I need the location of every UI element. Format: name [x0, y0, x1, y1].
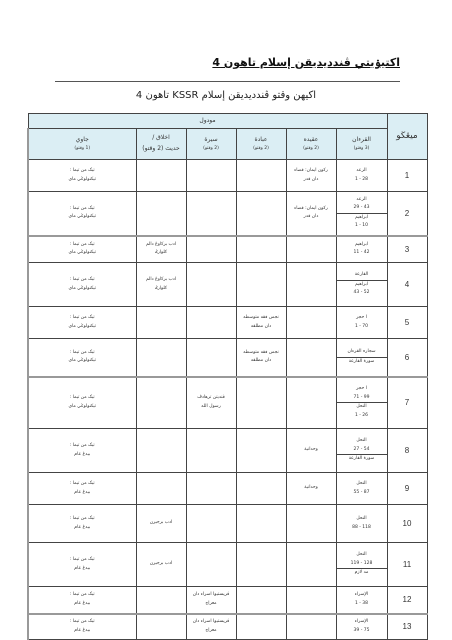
table-row: 1الرعد1 - 28رکون ايمان: قضاءدان قدرتيک م…: [28, 160, 427, 192]
column-hours: (2 وقتو): [187, 145, 236, 153]
sirah-cell: ڤريستيوا اسراء دانمعراج: [186, 614, 236, 640]
jawi-topic: تيک من تيما :: [70, 350, 95, 355]
sirah-topic: ڤنديتن ترهادڤ: [197, 395, 225, 400]
table-row: 7ا حجر71 - 99النحل1 - 26ڤنديتن ترهادڤرسو…: [28, 377, 427, 429]
akhlak-cell: [136, 587, 186, 614]
column-title: اخلاق /: [152, 134, 170, 141]
header-column: اخلاق /حديث (2 وقتو): [136, 129, 186, 160]
ibadah-cell: [236, 263, 286, 307]
ibadah-cell: [236, 160, 286, 192]
week-number: 7: [387, 377, 427, 429]
aqidah-cell: [286, 614, 336, 640]
aqidah-topic: وحدانية: [304, 485, 318, 490]
schedule-table: ميڠڬو مودول القرءان(3 وقتو)عقيده(2 وقتو)…: [27, 113, 428, 640]
header-column: القرءان(3 وقتو): [336, 129, 387, 160]
akhlak-cell: [136, 614, 186, 640]
page-header: اکتيۏيتي ڤندديديقن إسلام تاهون 4: [212, 56, 400, 69]
ibadah-cell: [236, 505, 286, 543]
week-number: 8: [387, 429, 427, 473]
column-hours: (2 وقتو): [237, 145, 286, 153]
jawi-cell: تيک من تيما :تيکنولوݢي ماي: [28, 192, 136, 236]
aqidah-cell: [286, 236, 336, 263]
surah-name: النحل: [356, 404, 366, 409]
jawi-topic: تيک من تيما :: [70, 592, 95, 597]
ibadah-cell: [236, 614, 286, 640]
jawi-topic: تيک من تيما :: [70, 481, 95, 486]
week-number: 11: [387, 543, 427, 587]
quran-cell: ا حجر1 - 70: [336, 307, 387, 339]
aqidah-cell: وحدانية: [286, 473, 336, 505]
quran-part: النحل119 - 128: [337, 551, 387, 568]
ayat-range: 29 - 43: [354, 205, 370, 210]
akhlak-topic: ادب برجيرن: [150, 520, 173, 525]
sirah-cell: ڤنديتن ترهادڤرسول الله: [186, 377, 236, 429]
surah-name: ابراهيم: [355, 282, 368, 287]
ayat-range: 71 - 99: [354, 395, 370, 400]
sirah-topic: رسول الله: [201, 404, 221, 409]
sirah-cell: [186, 473, 236, 505]
ibadah-topic: دان مطلقه: [251, 324, 271, 329]
jawi-topic: تيک من تيما :: [70, 395, 95, 400]
jawi-cell: تيک من تيما :تيکنولوݢي ماي: [28, 263, 136, 307]
ayat-range: 39 - 75: [354, 628, 370, 633]
ayat-range: 1 - 38: [355, 601, 368, 606]
akhlak-cell: ادب برکاوڠ دالمکلوارݢ: [136, 236, 186, 263]
jawi-topic: بيدڠ عام: [74, 452, 90, 457]
jawi-topic: تيکنولوݢي ماي: [68, 214, 96, 219]
table-row: 2الرعد29 - 43ابراهيم1 - 10رکون ايمان: قض…: [28, 192, 427, 236]
quran-part: النحل1 - 26: [337, 402, 387, 420]
quran-cell: النحل119 - 128مد لازم: [336, 543, 387, 587]
sirah-topic: معراج: [205, 628, 216, 633]
header-week: ميڠڬو: [387, 114, 427, 160]
jawi-topic: تيک من تيما :: [70, 557, 95, 562]
surah-name: النحل: [356, 516, 366, 521]
aqidah-topic: رکون ايمان: قضاء: [294, 168, 328, 173]
week-number: 4: [387, 263, 427, 307]
surah-name: ابراهيم: [355, 242, 368, 247]
column-hours: (2 وقتو): [287, 145, 336, 153]
ibadah-topic: نجس فقه متوسطه: [243, 350, 279, 355]
jawi-topic: بيدڠ عام: [74, 628, 90, 633]
jawi-cell: تيک من تيما :تيکنولوݢي ماي: [28, 339, 136, 377]
jawi-topic: تيک من تيما :: [70, 443, 95, 448]
table-row: 10النحل88 - 118ادب برجيرنتيک من تيما :بي…: [28, 505, 427, 543]
surah-name: سجاره القرءان: [347, 349, 375, 354]
table-row: 8النحل27 - 54سورة القارعةوحدانيةتيک من ت…: [28, 429, 427, 473]
jawi-topic: تيک من تيما :: [70, 516, 95, 521]
column-hours: (3 وقتو): [337, 145, 387, 153]
sirah-cell: [186, 263, 236, 307]
column-hours: (1 وقتو): [29, 145, 136, 153]
document-subtitle: اکيهن وقتو ڤندديديقن إسلام KSSR تاهون 4: [0, 90, 452, 101]
jawi-topic: بيدڠ عام: [74, 566, 90, 571]
jawi-cell: تيک من تيما :تيکنولوݢي ماي: [28, 307, 136, 339]
jawi-topic: تيکنولوݢي ماي: [68, 324, 96, 329]
header-column: جاوي(1 وقتو): [28, 129, 136, 160]
quran-cell: سجاره القرءانسورة القارعة: [336, 339, 387, 377]
sirah-cell: [186, 543, 236, 587]
table-row: 4القارعةابراهيم43 - 52ادب برکاوڠ دالمکلو…: [28, 263, 427, 307]
week-number: 13: [387, 614, 427, 640]
table-row: 11النحل119 - 128مد لازمادب برجيرنتيک من …: [28, 543, 427, 587]
surah-name: الإسراء: [355, 592, 368, 597]
aqidah-cell: [286, 587, 336, 614]
column-title: عقيده: [304, 136, 319, 143]
jawi-topic: بيدڠ عام: [74, 601, 90, 606]
table-row: 5ا حجر1 - 70نجس فقه متوسطهدان مطلقهتيک م…: [28, 307, 427, 339]
jawi-topic: تيک من تيما :: [70, 168, 95, 173]
jawi-cell: تيک من تيما :تيکنولوݢي ماي: [28, 377, 136, 429]
jawi-topic: تيک من تيما :: [70, 277, 95, 282]
jawi-cell: تيک من تيما :بيدڠ عام: [28, 587, 136, 614]
ibadah-cell: [236, 543, 286, 587]
quran-part: النحل55 - 87: [337, 480, 387, 497]
akhlak-cell: [136, 160, 186, 192]
ayat-range: 55 - 87: [354, 490, 370, 495]
ibadah-cell: نجس فقه متوسطهدان مطلقه: [236, 307, 286, 339]
column-title: جاوي: [76, 136, 89, 143]
aqidah-cell: رکون ايمان: قضاءدان قدر: [286, 160, 336, 192]
aqidah-topic: دان قدر: [304, 214, 319, 219]
aqidah-cell: [286, 263, 336, 307]
header-column: عبادة(2 وقتو): [236, 129, 286, 160]
akhlak-topic: کلوارݢ: [155, 250, 167, 255]
quran-part: الإسراء1 - 38: [337, 591, 387, 608]
week-number: 10: [387, 505, 427, 543]
quran-part: ابراهيم1 - 10: [337, 213, 387, 231]
quran-cell: الإسراء39 - 75: [336, 614, 387, 640]
aqidah-cell: وحدانية: [286, 429, 336, 473]
week-number: 12: [387, 587, 427, 614]
table-row: 3ابراهيم11 - 42ادب برکاوڠ دالمکلوارݢتيک …: [28, 236, 427, 263]
column-title-2: حديث: [165, 145, 179, 152]
sirah-topic: ڤريستيوا اسراء دان: [193, 592, 229, 597]
column-title: القرءان: [352, 136, 371, 143]
jawi-topic: تيک من تيما :: [70, 242, 95, 247]
ayat-range: 1 - 70: [355, 324, 368, 329]
quran-part: النحل88 - 118: [337, 515, 387, 532]
ayat-range: 88 - 118: [352, 525, 371, 530]
column-hours: (2 وقتو): [142, 145, 163, 152]
surah-name: النحل: [356, 481, 366, 486]
jawi-topic: تيکنولوݢي ماي: [68, 404, 96, 409]
akhlak-topic: ادب برکاوڠ دالم: [146, 277, 176, 282]
surah-name: سورة القارعة: [349, 359, 375, 364]
quran-cell: النحل55 - 87: [336, 473, 387, 505]
table-row: 6سجاره القرءانسورة القارعةنجس فقه متوسطه…: [28, 339, 427, 377]
surah-name: الإسراء: [355, 619, 368, 624]
surah-name: الرعد: [356, 197, 366, 202]
ibadah-cell: [236, 192, 286, 236]
jawi-topic: تيکنولوݢي ماي: [68, 177, 96, 182]
akhlak-topic: کلوارݢ: [155, 286, 167, 291]
jawi-cell: تيک من تيما :بيدڠ عام: [28, 614, 136, 640]
akhlak-topic: ادب برجيرن: [150, 561, 173, 566]
ayat-range: 43 - 52: [354, 290, 370, 295]
week-number: 1: [387, 160, 427, 192]
ayat-range: 1 - 10: [355, 223, 368, 228]
ibadah-cell: [236, 377, 286, 429]
quran-cell: النحل27 - 54سورة القارعة: [336, 429, 387, 473]
ayat-range: 11 - 42: [354, 250, 370, 255]
quran-cell: ابراهيم11 - 42: [336, 236, 387, 263]
aqidah-cell: [286, 543, 336, 587]
quran-part: ابراهيم11 - 42: [337, 241, 387, 258]
sirah-cell: [186, 339, 236, 377]
quran-part: الرعد1 - 28: [337, 167, 387, 184]
aqidah-cell: [286, 339, 336, 377]
aqidah-cell: [286, 377, 336, 429]
ibadah-cell: [236, 473, 286, 505]
ibadah-cell: [236, 429, 286, 473]
column-title: سيرة: [204, 136, 217, 143]
surah-name: ا حجر: [356, 386, 367, 391]
ibadah-cell: نجس فقه متوسطهدان مطلقه: [236, 339, 286, 377]
surah-name: النحل: [356, 552, 366, 557]
quran-part: مد لازم: [337, 568, 387, 578]
aqidah-cell: [286, 307, 336, 339]
ibadah-topic: دان مطلقه: [251, 358, 271, 363]
akhlak-cell: [136, 377, 186, 429]
table-row: 12الإسراء1 - 38ڤريستيوا اسراء دانمعراجتي…: [28, 587, 427, 614]
aqidah-cell: رکون ايمان: قضاءدان قدر: [286, 192, 336, 236]
sirah-cell: [186, 307, 236, 339]
ibadah-cell: [236, 587, 286, 614]
sirah-cell: [186, 192, 236, 236]
ayat-range: 1 - 26: [355, 413, 368, 418]
week-number: 5: [387, 307, 427, 339]
surah-name: ابراهيم: [355, 215, 368, 220]
surah-name: القارعة: [355, 272, 369, 277]
ayat-range: 1 - 28: [355, 177, 368, 182]
sirah-cell: [186, 505, 236, 543]
akhlak-cell: [136, 307, 186, 339]
jawi-topic: بيدڠ عام: [74, 525, 90, 530]
quran-cell: القارعةابراهيم43 - 52: [336, 263, 387, 307]
sirah-topic: معراج: [205, 601, 216, 606]
akhlak-cell: [136, 473, 186, 505]
sirah-cell: [186, 160, 236, 192]
jawi-topic: تيک من تيما :: [70, 206, 95, 211]
header-column: عقيده(2 وقتو): [286, 129, 336, 160]
akhlak-cell: ادب برجيرن: [136, 543, 186, 587]
jawi-cell: تيک من تيما :بيدڠ عام: [28, 505, 136, 543]
jawi-cell: تيک من تيما :تيکنولوݢي ماي: [28, 236, 136, 263]
jawi-topic: تيکنولوݢي ماي: [68, 250, 96, 255]
jawi-cell: تيک من تيما :تيکنولوݢي ماي: [28, 160, 136, 192]
ayat-range: 119 - 128: [351, 561, 373, 566]
akhlak-cell: [136, 339, 186, 377]
quran-cell: الرعد1 - 28: [336, 160, 387, 192]
akhlak-cell: [136, 192, 186, 236]
week-number: 3: [387, 236, 427, 263]
quran-part: ا حجر71 - 99: [337, 385, 387, 402]
jawi-cell: تيک من تيما :بيدڠ عام: [28, 429, 136, 473]
akhlak-cell: ادب برجيرن: [136, 505, 186, 543]
jawi-topic: تيک من تيما :: [70, 315, 95, 320]
quran-part: النحل27 - 54: [337, 437, 387, 454]
column-title: عبادة: [254, 136, 267, 143]
week-number: 9: [387, 473, 427, 505]
aqidah-topic: رکون ايمان: قضاء: [294, 206, 328, 211]
quran-part: الرعد29 - 43: [337, 196, 387, 213]
akhlak-topic: ادب برکاوڠ دالم: [146, 242, 176, 247]
quran-part: ابراهيم43 - 52: [337, 280, 387, 298]
aqidah-topic: وحدانية: [304, 447, 318, 452]
quran-part: الإسراء39 - 75: [337, 618, 387, 635]
sirah-cell: ڤريستيوا اسراء دانمعراج: [186, 587, 236, 614]
header-column: سيرة(2 وقتو): [186, 129, 236, 160]
akhlak-cell: [136, 429, 186, 473]
header-module: مودول: [28, 114, 387, 129]
jawi-cell: تيک من تيما :بيدڠ عام: [28, 543, 136, 587]
aqidah-topic: دان قدر: [304, 177, 319, 182]
week-number: 2: [387, 192, 427, 236]
ayat-range: 27 - 54: [354, 447, 370, 452]
quran-part: سورة القارعة: [337, 357, 387, 367]
akhlak-cell: ادب برکاوڠ دالمکلوارݢ: [136, 263, 186, 307]
surah-name: النحل: [356, 438, 366, 443]
sirah-cell: [186, 236, 236, 263]
ibadah-topic: نجس فقه متوسطه: [243, 315, 279, 320]
surah-name: الرعد: [356, 168, 366, 173]
quran-cell: النحل88 - 118: [336, 505, 387, 543]
header-divider: [55, 81, 400, 82]
jawi-topic: بيدڠ عام: [74, 490, 90, 495]
surah-name: مد لازم: [355, 570, 369, 575]
ibadah-cell: [236, 236, 286, 263]
jawi-topic: تيکنولوݢي ماي: [68, 358, 96, 363]
quran-cell: الرعد29 - 43ابراهيم1 - 10: [336, 192, 387, 236]
jawi-topic: تيک من تيما :: [70, 619, 95, 624]
quran-cell: الإسراء1 - 38: [336, 587, 387, 614]
quran-part: سورة القارعة: [337, 454, 387, 464]
sirah-cell: [186, 429, 236, 473]
table-row: 13الإسراء39 - 75ڤريستيوا اسراء دانمعراجت…: [28, 614, 427, 640]
quran-part: ا حجر1 - 70: [337, 314, 387, 331]
quran-part: سجاره القرءان: [337, 348, 387, 357]
table-row: 9النحل55 - 87وحدانيةتيک من تيما :بيدڠ عا…: [28, 473, 427, 505]
surah-name: سورة القارعة: [349, 456, 375, 461]
sirah-topic: ڤريستيوا اسراء دان: [193, 619, 229, 624]
jawi-cell: تيک من تيما :بيدڠ عام: [28, 473, 136, 505]
quran-cell: ا حجر71 - 99النحل1 - 26: [336, 377, 387, 429]
surah-name: ا حجر: [356, 315, 367, 320]
quran-part: القارعة: [337, 271, 387, 280]
week-number: 6: [387, 339, 427, 377]
aqidah-cell: [286, 505, 336, 543]
jawi-topic: تيکنولوݢي ماي: [68, 286, 96, 291]
